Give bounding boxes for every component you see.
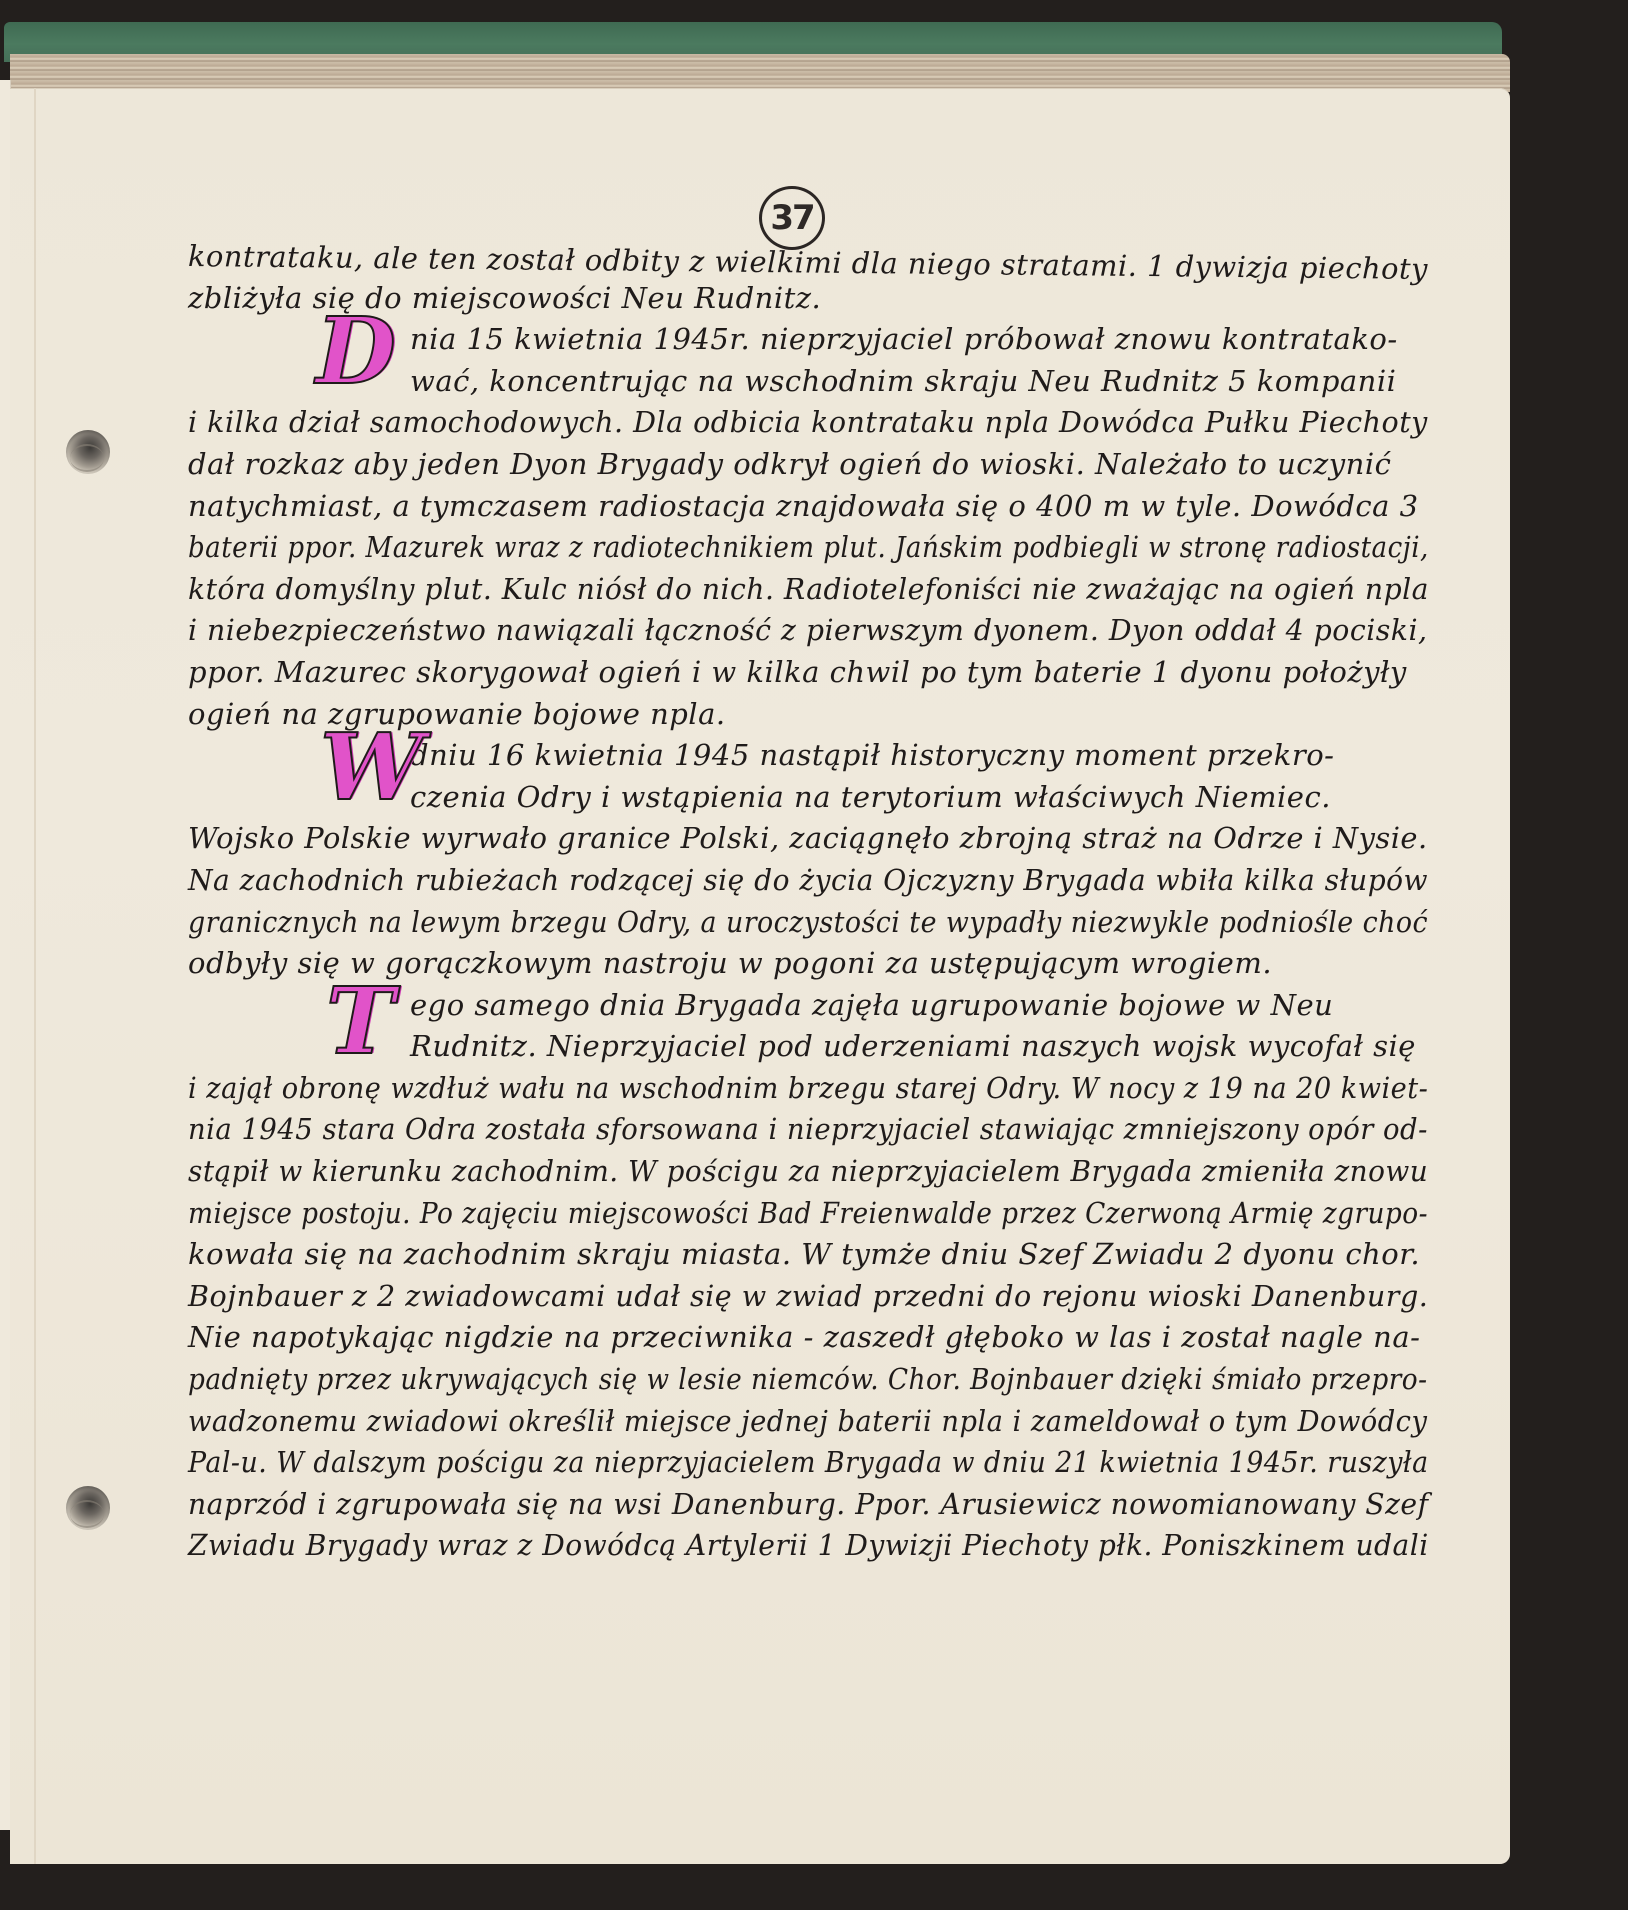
text-line: baterii ppor. Mazurek wraz z radiotechni… (188, 527, 1305, 569)
paragraph: D nia 15 kwietnia 1945r. nieprzyjaciel p… (188, 319, 1428, 735)
text-line: nia 1945 stara Odra została sforsowana i… (188, 1109, 1362, 1151)
paragraph: T ego samego dnia Brygada zajęła ugrupow… (188, 985, 1428, 1567)
text-line: kowała się na zachodnim skraju miasta. W… (188, 1234, 1428, 1276)
page-number: 37 (770, 198, 813, 238)
text-line: Zwiadu Brygady wraz z Dowódcą Artylerii … (188, 1525, 1390, 1567)
dropcap-letter: W (320, 721, 423, 813)
text-line: wadzonemu zwiadowi określił miejsce jedn… (188, 1401, 1356, 1443)
paragraph: W dniu 16 kwietnia 1945 nastąpił history… (188, 735, 1428, 985)
binder-hole-icon (66, 1486, 110, 1530)
page-fold-line (34, 88, 36, 1864)
text-line: i niebezpieczeństwo nawiązali łączność z… (188, 610, 1399, 652)
text-line: Pal-u. W dalszym pościgu za nieprzyjacie… (188, 1442, 1337, 1484)
text-line: miejsce postoju. Po zajęciu miejscowości… (188, 1193, 1315, 1235)
text-line: padnięty przez ukrywających się w lesie … (188, 1359, 1315, 1401)
scanned-page-scene: 37 kontrataku, ale ten został odbity z w… (0, 0, 1628, 1910)
text-line: dał rozkaz aby jeden Dyon Brygady odkrył… (188, 444, 1428, 486)
text-line: ppor. Mazurec skorygował ogień i w kilka… (188, 652, 1428, 694)
text-line: i zajął obronę wzdłuż wału na wschodnim … (188, 1068, 1351, 1110)
text-line: granicznych na lewym brzegu Odry, a uroc… (188, 902, 1336, 944)
page-stack-edges (10, 54, 1510, 92)
text-line: stąpił w kierunku zachodnim. W pościgu z… (188, 1151, 1382, 1193)
text-line: Na zachodnich rubieżach rodzącej się do … (188, 860, 1388, 902)
text-line: naprzód i zgrupowała się na wsi Danenbur… (188, 1484, 1393, 1526)
text-line: która domyślny plut. Kulc niósł do nich.… (188, 569, 1395, 611)
handwritten-text: kontrataku, ale ten został odbity z wiel… (188, 236, 1428, 1567)
dropcap-letter: T (326, 975, 394, 1067)
text-line: i kilka dział samochodowych. Dla odbicia… (188, 402, 1408, 444)
dropcap-letter: D (316, 305, 396, 397)
text-line: Wojsko Polskie wyrwało granice Polski, z… (188, 818, 1421, 860)
binder-hole-icon (66, 430, 110, 474)
text-line: natychmiast, a tymczasem radiostacja zna… (188, 486, 1428, 528)
text-line: Nie napotykając nigdzie na przeciwnika -… (188, 1317, 1428, 1359)
text-line: Bojnbauer z 2 zwiadowcami udał się w zwi… (188, 1276, 1411, 1318)
